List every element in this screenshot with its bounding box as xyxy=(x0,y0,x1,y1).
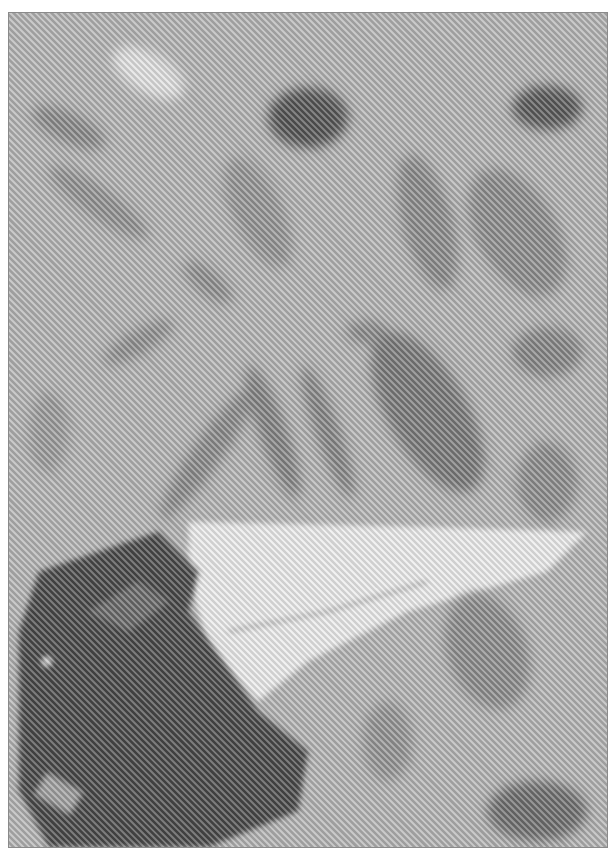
halftone-photo: Halftone newspaper-style photograph: cro… xyxy=(8,12,608,848)
photo-content xyxy=(9,13,607,847)
